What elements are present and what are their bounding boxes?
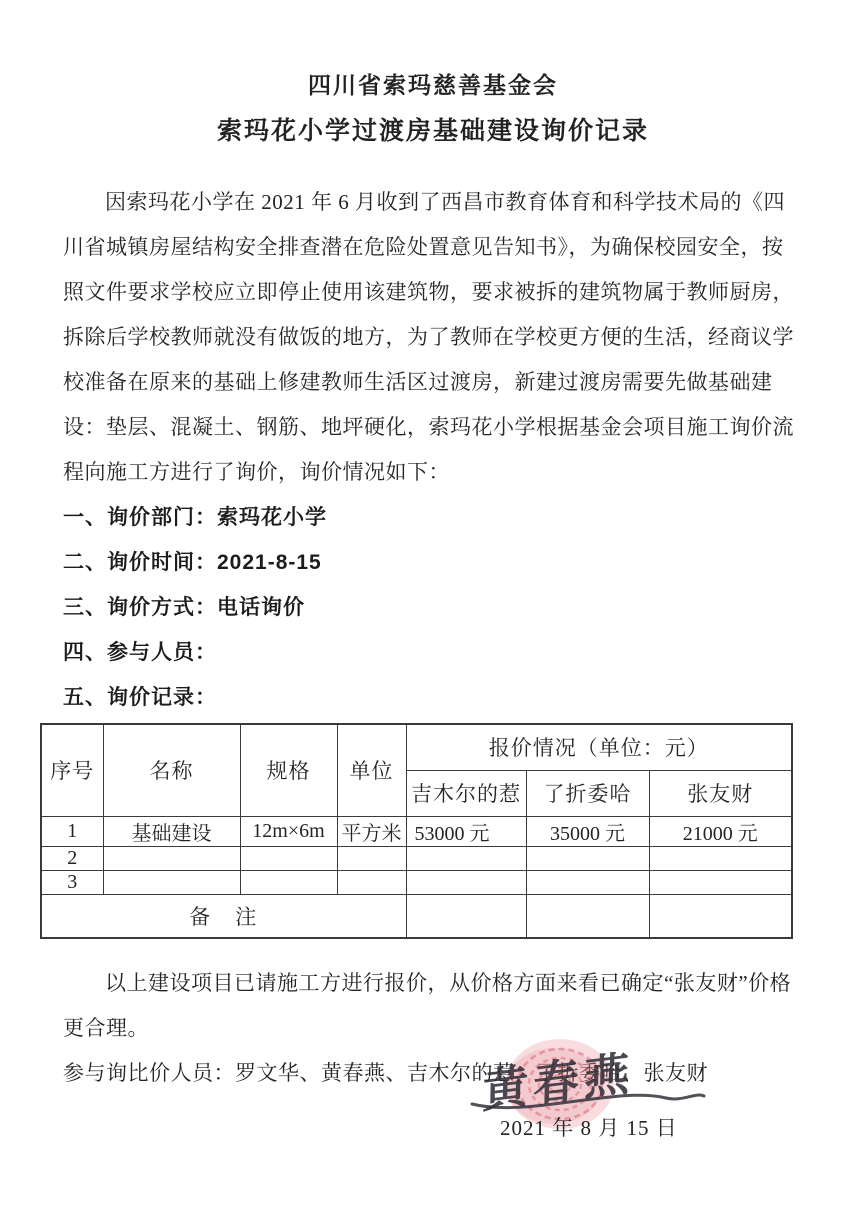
table-row: 1 基础建设 12m×6m 平方米 53000 元 35000 元 21000 … xyxy=(41,816,792,846)
remark-label: 备 注 xyxy=(41,894,406,938)
remark-quote-1 xyxy=(406,894,526,938)
cell-quote-3: 21000 元 xyxy=(649,816,792,846)
cell-no: 1 xyxy=(41,816,103,846)
quote-table: 序号 名称 规格 单位 报价情况（单位：元） 吉木尔的惹 了折委哈 张友财 1 … xyxy=(40,723,793,939)
item-inquiry-record: 五、询价记录： xyxy=(63,675,803,720)
intro-paragraph: 因索玛花小学在 2021 年 6 月收到了西昌市教育体育和科学技术局的《四川省城… xyxy=(63,180,803,495)
numbered-items: 一、询价部门：索玛花小学 二、询价时间：2021-8-15 三、询价方式：电话询… xyxy=(63,495,803,720)
table-row: 2 xyxy=(41,846,792,870)
item-inquiry-time: 二、询价时间：2021-8-15 xyxy=(63,540,803,585)
col-header-unit: 单位 xyxy=(337,724,406,816)
cell-quote-3 xyxy=(649,846,792,870)
cell-quote-1 xyxy=(406,870,526,894)
table-row: 3 xyxy=(41,870,792,894)
cell-unit: 平方米 xyxy=(337,816,406,846)
cell-quote-2: 35000 元 xyxy=(526,816,649,846)
cell-unit xyxy=(337,870,406,894)
cell-quote-2 xyxy=(526,846,649,870)
cell-unit xyxy=(337,846,406,870)
col-header-spec: 规格 xyxy=(240,724,337,816)
col-header-name: 名称 xyxy=(103,724,240,816)
item-inquiry-method: 三、询价方式：电话询价 xyxy=(63,585,803,630)
cell-spec xyxy=(240,870,337,894)
cell-quote-1 xyxy=(406,846,526,870)
cell-quote-3 xyxy=(649,870,792,894)
cell-no: 2 xyxy=(41,846,103,870)
cell-name: 基础建设 xyxy=(103,816,240,846)
quote-group-header: 报价情况（单位：元） xyxy=(406,724,792,770)
item-participants: 四、参与人员： xyxy=(63,630,803,675)
remark-quote-2 xyxy=(526,894,649,938)
cell-name xyxy=(103,846,240,870)
bidder-header-1: 吉木尔的惹 xyxy=(406,770,526,816)
scanned-document-page: 四川省索玛慈善基金会 索玛花小学过渡房基础建设询价记录 因索玛花小学在 2021… xyxy=(0,0,860,1221)
bidder-header-3: 张友财 xyxy=(649,770,792,816)
cell-no: 3 xyxy=(41,870,103,894)
cell-spec: 12m×6m xyxy=(240,816,337,846)
remark-row: 备 注 xyxy=(41,894,792,938)
document-content: 四川省索玛慈善基金会 索玛花小学过渡房基础建设询价记录 因索玛花小学在 2021… xyxy=(63,70,803,1096)
document-date: 2021 年 8 月 15 日 xyxy=(500,1112,678,1142)
cell-quote-2 xyxy=(526,870,649,894)
item-inquiry-department: 一、询价部门：索玛花小学 xyxy=(63,495,803,540)
cell-spec xyxy=(240,846,337,870)
remark-quote-3 xyxy=(649,894,792,938)
cell-quote-1: 53000 元 xyxy=(406,816,526,846)
cell-name xyxy=(103,870,240,894)
document-title: 索玛花小学过渡房基础建设询价记录 xyxy=(63,114,803,148)
col-header-no: 序号 xyxy=(41,724,103,816)
bidder-header-2: 了折委哈 xyxy=(526,770,649,816)
organization-title: 四川省索玛慈善基金会 xyxy=(63,70,803,100)
